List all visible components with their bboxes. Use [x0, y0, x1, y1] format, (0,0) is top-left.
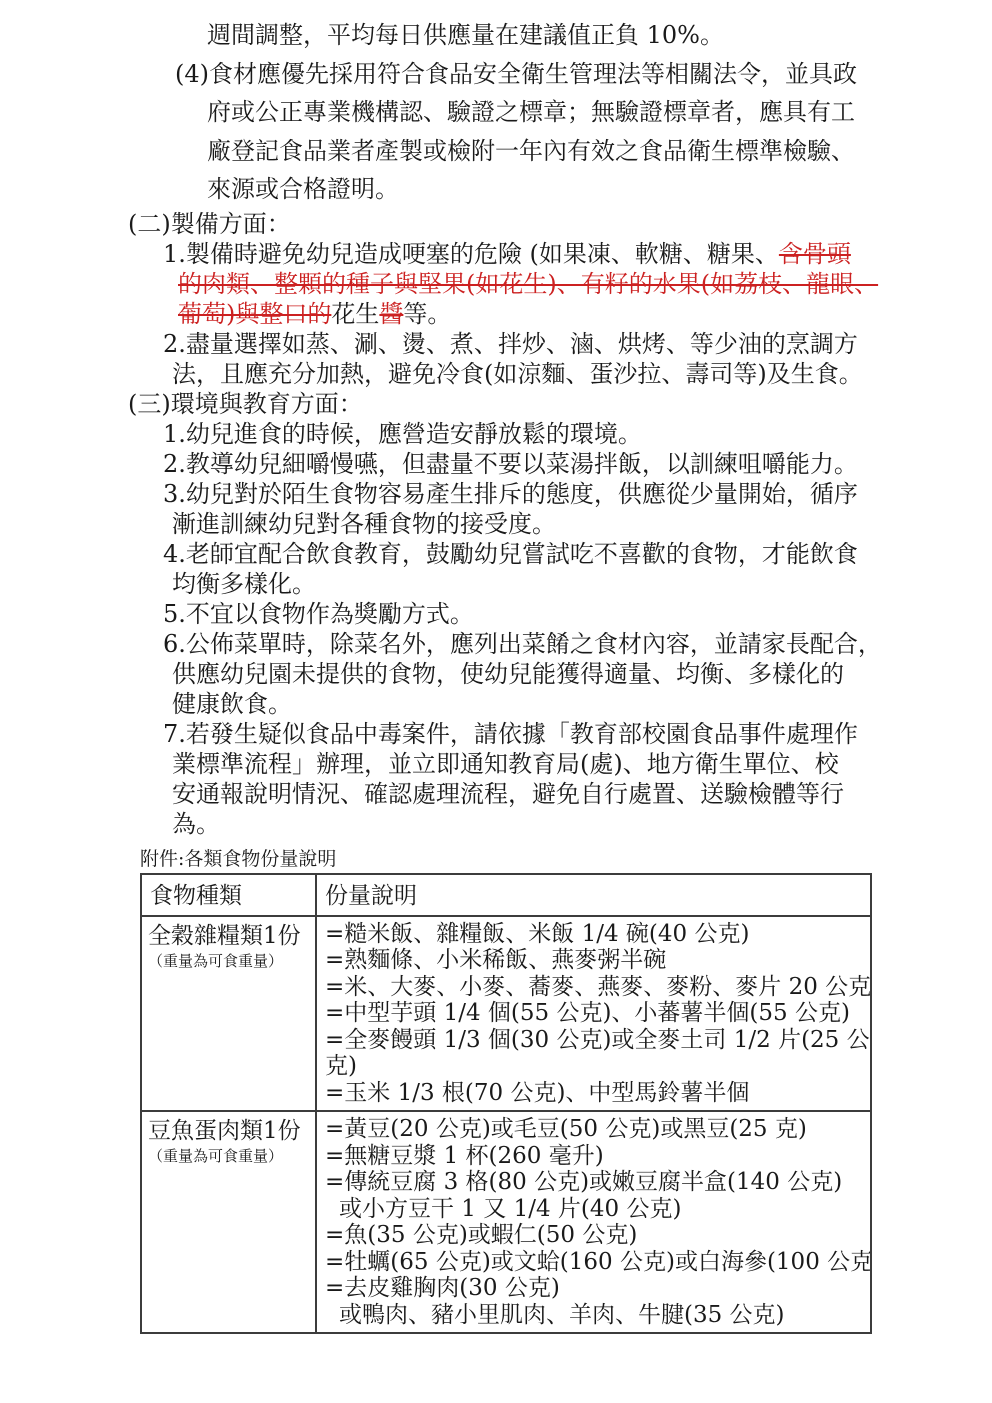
portion-line: =糙米飯、雜糧飯、米飯 1/4 碗(40 公克) [325, 921, 862, 948]
column-header-food-type: 食物種類 [141, 874, 316, 916]
intro-paragraphs: 週間調整，平均每日供應量在建議值正負 10%。(4)食材應優先採用符合食品安全衛… [0, 0, 992, 209]
text-line: 5.不宜以食物作為獎勵方式。 [163, 599, 992, 629]
text-line: 2.盡量選擇如蒸、涮、燙、煮、拌炒、滷、烘烤、等少油的烹調方 [163, 329, 992, 359]
table-row: 全穀雜糧類1份（重量為可食重量）=糙米飯、雜糧飯、米飯 1/4 碗(40 公克)… [141, 916, 871, 1112]
food-portion-table: 食物種類 份量說明 全穀雜糧類1份（重量為可食重量）=糙米飯、雜糧飯、米飯 1/… [140, 873, 872, 1335]
text-segment: 週間調整，平均每日供應量在建議值正負 10%。 [207, 21, 724, 49]
text-segment: 業標準流程」辦理，並立即通知教育局(處)、地方衛生單位、校 [172, 750, 839, 778]
text-line: 6.公佈菜單時，除菜名外，應列出菜餚之食材內容，並請家長配合， [163, 629, 992, 659]
food-type-note: （重量為可食重量） [148, 1146, 309, 1166]
text-line: 1.幼兒進食的時候，應營造安靜放鬆的環境。 [163, 419, 992, 449]
text-line: 1.製備時避免幼兒造成哽塞的危險 (如果凍、軟糖、糖果、含骨頭 [163, 239, 992, 269]
text-segment: (三)環境與教育方面： [128, 390, 363, 418]
portion-description-cell: =糙米飯、雜糧飯、米飯 1/4 碗(40 公克)=熟麵條、小米稀飯、燕麥粥半碗=… [316, 916, 871, 1112]
portion-line: =中型芋頭 1/4 個(55 公克)、小蕃薯半個(55 公克) [325, 1000, 862, 1027]
table-row: 豆魚蛋肉類1份（重量為可食重量）=黃豆(20 公克)或毛豆(50 公克)或黑豆(… [141, 1111, 871, 1333]
text-line: 供應幼兒園未提供的食物，使幼兒能獲得適量、均衡、多樣化的 [172, 659, 992, 689]
text-segment: 花生 [331, 300, 379, 328]
text-segment: 安通報說明情況、確認處理流程，避免自行處置、送驗檢體等行 [172, 780, 844, 808]
portion-description-cell: =黃豆(20 公克)或毛豆(50 公克)或黑豆(25 克)=無糖豆漿 1 杯(2… [316, 1111, 871, 1333]
food-type-name: 豆魚蛋肉類1份 [148, 1116, 309, 1146]
portion-line: =玉米 1/3 根(70 公克)、中型馬鈴薯半個 [325, 1080, 862, 1107]
text-segment: 廠登記食品業者產製或檢附一年內有效之食品衛生標準檢驗、 [207, 137, 855, 165]
text-line: 4.老師宜配合飲食教育，鼓勵幼兒嘗試吃不喜歡的食物，才能飲食 [163, 539, 992, 569]
portion-line: =黃豆(20 公克)或毛豆(50 公克)或黑豆(25 克) [325, 1116, 862, 1143]
text-line: 府或公正專業機構認、驗證之標章；無驗證標章者，應具有工 [207, 93, 992, 132]
attachment-title: 附件:各類食物份量說明 [140, 847, 992, 871]
food-type-cell: 全穀雜糧類1份（重量為可食重量） [141, 916, 316, 1112]
column-header-portion-description: 份量說明 [316, 874, 871, 916]
text-line: (4)食材應優先採用符合食品安全衛生管理法等相關法令，並具政 [175, 55, 992, 94]
text-segment: 健康飲食。 [172, 690, 292, 718]
text-segment: 5.不宜以食物作為獎勵方式。 [163, 600, 474, 628]
text-line: 均衡多樣化。 [172, 569, 992, 599]
text-segment: 4.老師宜配合飲食教育，鼓勵幼兒嘗試吃不喜歡的食物，才能飲食 [163, 540, 858, 568]
portion-line: =無糖豆漿 1 杯(260 毫升) [325, 1143, 862, 1170]
text-segment: 2.盡量選擇如蒸、涮、燙、煮、拌炒、滷、烘烤、等少油的烹調方 [163, 330, 858, 358]
deleted-text: 的肉類、整顆的種子與堅果(如花生)、有籽的水果(如荔枝、龍眼、 [178, 270, 878, 298]
portion-line: 或小方豆干 1 又 1/4 片(40 公克) [325, 1196, 862, 1223]
text-line: 安通報說明情況、確認處理流程，避免自行處置、送驗檢體等行 [172, 779, 992, 809]
text-line: 漸進訓練幼兒對各種食物的接受度。 [172, 509, 992, 539]
portion-line: =米、大麥、小麥、蕎麥、燕麥、麥粉、麥片 20 公克 [325, 974, 862, 1001]
text-segment: (4)食材應優先採用符合食品安全衛生管理法等相關法令，並具政 [175, 60, 857, 88]
text-segment: 1.幼兒進食的時候，應營造安靜放鬆的環境。 [163, 420, 642, 448]
text-line: 業標準流程」辦理，並立即通知教育局(處)、地方衛生單位、校 [172, 749, 992, 779]
text-segment: 府或公正專業機構認、驗證之標章；無驗證標章者，應具有工 [207, 98, 855, 126]
table-header-row: 食物種類 份量說明 [141, 874, 871, 916]
document-page: 週間調整，平均每日供應量在建議值正負 10%。(4)食材應優先採用符合食品安全衛… [0, 0, 992, 1403]
deleted-text: 葡萄)與整口的 [178, 300, 331, 328]
text-segment: 等。 [403, 300, 451, 328]
text-line: 3.幼兒對於陌生食物容易產生排斥的態度，供應從少量開始，循序 [163, 479, 992, 509]
text-line: 健康飲食。 [172, 689, 992, 719]
portion-line: 或鴨肉、豬小里肌肉、羊肉、牛腱(35 公克) [325, 1302, 862, 1329]
portion-line: =去皮雞胸肉(30 公克) [325, 1275, 862, 1302]
text-line: 來源或合格證明。 [207, 170, 992, 209]
portion-line: =魚(35 公克)或蝦仁(50 公克) [325, 1222, 862, 1249]
deleted-text: 含骨頭 [779, 240, 851, 268]
portion-line: 克) [325, 1053, 862, 1080]
text-segment: 3.幼兒對於陌生食物容易產生排斥的態度，供應從少量開始，循序 [163, 480, 858, 508]
text-segment: 均衡多樣化。 [172, 570, 316, 598]
text-segment: 為。 [172, 810, 220, 838]
text-segment: 供應幼兒園未提供的食物，使幼兒能獲得適量、均衡、多樣化的 [172, 660, 844, 688]
text-line: 廠登記食品業者產製或檢附一年內有效之食品衛生標準檢驗、 [207, 132, 992, 171]
text-line: (二)製備方面： [128, 209, 992, 239]
text-line: 2.教導幼兒細嚼慢嚥，但盡量不要以菜湯拌飯，以訓練咀嚼能力。 [163, 449, 992, 479]
food-type-cell: 豆魚蛋肉類1份（重量為可食重量） [141, 1111, 316, 1333]
text-line: 葡萄)與整口的花生醬等。 [178, 299, 992, 329]
section-paragraphs: (二)製備方面：1.製備時避免幼兒造成哽塞的危險 (如果凍、軟糖、糖果、含骨頭的… [0, 209, 992, 839]
food-type-note: （重量為可食重量） [148, 951, 309, 971]
text-line: 的肉類、整顆的種子與堅果(如花生)、有籽的水果(如荔枝、龍眼、 [178, 269, 992, 299]
text-segment: 漸進訓練幼兒對各種食物的接受度。 [172, 510, 556, 538]
food-type-name: 全穀雜糧類1份 [148, 921, 309, 951]
text-segment: 法，且應充分加熱，避免冷食(如涼麵、蛋沙拉、壽司等)及生食。 [172, 360, 863, 388]
portion-line: =全麥饅頭 1/3 個(30 公克)或全麥土司 1/2 片(25 公 [325, 1027, 862, 1054]
text-segment: 1.製備時避免幼兒造成哽塞的危險 (如果凍、軟糖、糖果、 [163, 240, 779, 268]
text-segment: 6.公佈菜單時，除菜名外，應列出菜餚之食材內容，並請家長配合， [163, 630, 882, 658]
deleted-text: 醬 [379, 300, 403, 328]
text-line: 7.若發生疑似食品中毒案件，請依據「教育部校園食品事件處理作 [163, 719, 992, 749]
text-segment: 2.教導幼兒細嚼慢嚥，但盡量不要以菜湯拌飯，以訓練咀嚼能力。 [163, 450, 858, 478]
text-line: 法，且應充分加熱，避免冷食(如涼麵、蛋沙拉、壽司等)及生食。 [172, 359, 992, 389]
text-segment: (二)製備方面： [128, 210, 291, 238]
text-line: (三)環境與教育方面： [128, 389, 992, 419]
text-segment: 7.若發生疑似食品中毒案件，請依據「教育部校園食品事件處理作 [163, 720, 858, 748]
portion-line: =牡蠣(65 公克)或文蛤(160 公克)或白海參(100 公克) [325, 1249, 862, 1276]
portion-line: =傳統豆腐 3 格(80 公克)或嫩豆腐半盒(140 公克) [325, 1169, 862, 1196]
text-line: 週間調整，平均每日供應量在建議值正負 10%。 [207, 16, 992, 55]
portion-line: =熟麵條、小米稀飯、燕麥粥半碗 [325, 947, 862, 974]
text-segment: 來源或合格證明。 [207, 175, 399, 203]
text-line: 為。 [172, 809, 992, 839]
